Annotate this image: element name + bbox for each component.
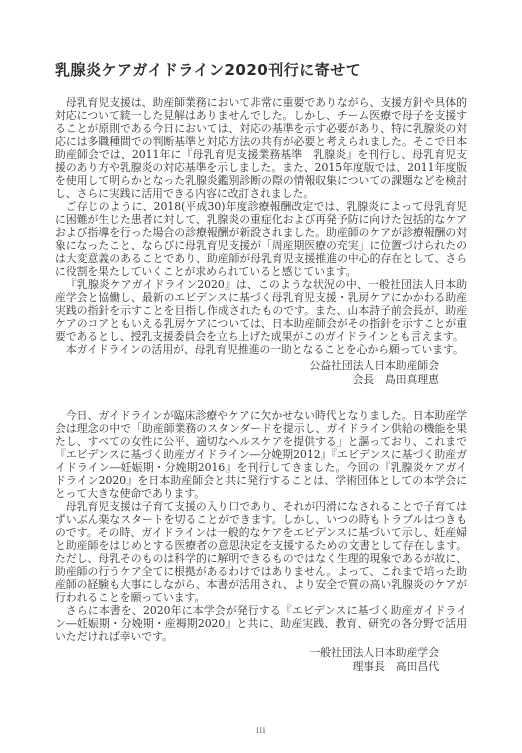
page-title: 乳腺炎ケアガイドライン2020刊行に寄せて: [55, 60, 467, 80]
foreword-midwives-association: 母乳育児支援は、助産師業務において非常に重要でありながら、支援方針や具体的対応に…: [55, 96, 467, 386]
signature-signer: 会長 島田真理恵: [55, 373, 439, 387]
paragraph: さらに本書を、2020年に本学会が発行する『エビデンスに基づく助産ガイドライン―…: [55, 604, 467, 643]
paragraph: 『乳腺炎ケアガイドライン2020』は、このような状況の中、一般社団法人日本助産学…: [55, 278, 467, 343]
signature-block: 公益社団法人日本助産師会 会長 島田真理恵: [55, 359, 467, 386]
section-divider-space: [55, 386, 467, 409]
document-page: 乳腺炎ケアガイドライン2020刊行に寄せて 母乳育児支援は、助産師業務において非…: [0, 0, 522, 753]
paragraph: ご存じのように、2018(平成30)年度診療報酬改定では、乳腺炎によって母乳育児…: [55, 200, 467, 278]
paragraph: 本ガイドラインの活用が、母乳育児推進の一助となることを心から願っています。: [55, 343, 467, 356]
signature-block: 一般社団法人日本助産学会 理事長 高田昌代: [55, 646, 467, 673]
preface-content: 乳腺炎ケアガイドライン2020刊行に寄せて 母乳育児支援は、助産師業務において非…: [55, 60, 467, 673]
paragraph: 母乳育児支援は、助産師業務において非常に重要でありながら、支援方針や具体的対応に…: [55, 96, 467, 200]
paragraph: 母乳育児支援は子育て支援の入り口であり、それが円滑になされることで子育てはずいぶ…: [55, 500, 467, 604]
signature-organization: 公益社団法人日本助産師会: [55, 359, 439, 373]
signature-signer: 理事長 高田昌代: [55, 660, 439, 674]
foreword-midwifery-academy: 今日、ガイドラインが臨床診療やケアに欠かせない時代となりました。日本助産学会は理…: [55, 409, 467, 673]
page-number: iii: [0, 726, 522, 736]
paragraph: 今日、ガイドラインが臨床診療やケアに欠かせない時代となりました。日本助産学会は理…: [55, 409, 467, 500]
signature-organization: 一般社団法人日本助産学会: [55, 646, 439, 660]
